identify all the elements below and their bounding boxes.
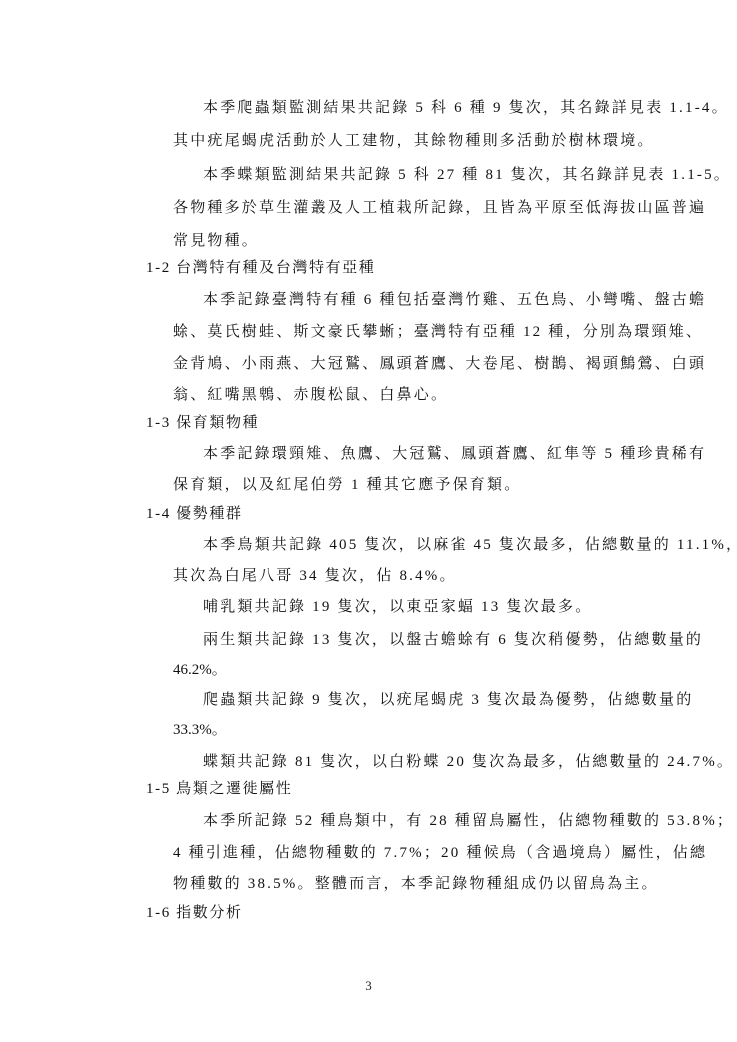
section-heading-1-3: 1-3 保育類物種 xyxy=(146,413,259,433)
page-number: 3 xyxy=(0,978,737,994)
endemic-paragraph-line-1: 本季記錄臺灣特有種 6 種包括臺灣竹雞、五色鳥、小彎嘴、盤古蟾 xyxy=(203,290,623,310)
dominant-amphibians-line-1: 兩生類共記錄 13 隻次，以盤古蟾蜍有 6 隻次稍優勢，佔總數量的 xyxy=(203,630,623,650)
endemic-paragraph-line-2: 蜍、莫氏樹蛙、斯文豪氏攀蜥；臺灣特有亞種 12 種，分別為環頸雉、 xyxy=(173,322,623,342)
endemic-paragraph-line-4: 翁、紅嘴黑鵯、赤腹松鼠、白鼻心。 xyxy=(173,385,448,405)
endemic-paragraph-line-3: 金背鳩、小雨燕、大冠鷲、鳳頭蒼鷹、大卷尾、樹鵲、褐頭鷦鶯、白頭 xyxy=(173,354,623,374)
butterflies-paragraph-line-3: 常見物種。 xyxy=(173,231,259,251)
migration-paragraph-line-2: 4 種引進種，佔總物種數的 7.7%；20 種候鳥（含過境鳥）屬性，佔總 xyxy=(173,843,625,863)
document-page: 本季爬蟲類監測結果共記錄 5 科 6 種 9 隻次，其名錄詳見表 1.1-4。 … xyxy=(0,0,737,1042)
dominant-birds-line-2: 其次為白尾八哥 34 隻次，佔 8.4%。 xyxy=(173,566,457,586)
protected-paragraph-line-1: 本季記錄環頸雉、魚鷹、大冠鷲、鳳頭蒼鷹、紅隼等 5 種珍貴稀有 xyxy=(203,444,623,464)
butterflies-paragraph-line-1: 本季蝶類監測結果共記錄 5 科 27 種 81 隻次，其名錄詳見表 1.1-5。 xyxy=(203,165,623,185)
butterflies-paragraph-line-2: 各物種多於草生灌叢及人工植栽所記錄，且皆為平原至低海拔山區普遍 xyxy=(173,198,623,218)
protected-paragraph-line-2: 保育類，以及紅尾伯勞 1 種其它應予保育類。 xyxy=(173,475,521,495)
section-heading-1-4: 1-4 優勢種群 xyxy=(146,504,243,524)
migration-paragraph-line-3: 物種數的 38.5%。整體而言，本季記錄物種組成仍以留鳥為主。 xyxy=(173,874,659,894)
dominant-amphibians-line-2: 46.2%。 xyxy=(173,660,227,680)
migration-paragraph-line-1: 本季所記錄 52 種鳥類中，有 28 種留鳥屬性，佔總物種數的 53.8%； xyxy=(203,811,625,831)
section-heading-1-6: 1-6 指數分析 xyxy=(146,903,243,923)
dominant-mammals-line: 哺乳類共記錄 19 隻次，以東亞家蝠 13 隻次最多。 xyxy=(203,597,592,617)
dominant-reptiles-line-1: 爬蟲類共記錄 9 隻次，以疣尾蝎虎 3 隻次最為優勢，佔總數量的 xyxy=(203,690,623,710)
section-heading-1-2: 1-2 台灣特有種及台灣特有亞種 xyxy=(146,258,375,278)
reptiles-paragraph-line-2: 其中疣尾蝎虎活動於人工建物，其餘物種則多活動於樹林環境。 xyxy=(173,131,655,151)
reptiles-paragraph-line-1: 本季爬蟲類監測結果共記錄 5 科 6 種 9 隻次，其名錄詳見表 1.1-4。 xyxy=(203,98,623,118)
dominant-birds-line-1: 本季鳥類共記錄 405 隻次，以麻雀 45 隻次最多，佔總數量的 11.1%， xyxy=(203,535,623,555)
dominant-reptiles-line-2: 33.3%。 xyxy=(173,720,227,740)
dominant-butterflies-line: 蝶類共記錄 81 隻次，以白粉蝶 20 隻次為最多，佔總數量的 24.7%。 xyxy=(203,752,625,772)
section-heading-1-5: 1-5 鳥類之遷徙屬性 xyxy=(146,779,292,799)
